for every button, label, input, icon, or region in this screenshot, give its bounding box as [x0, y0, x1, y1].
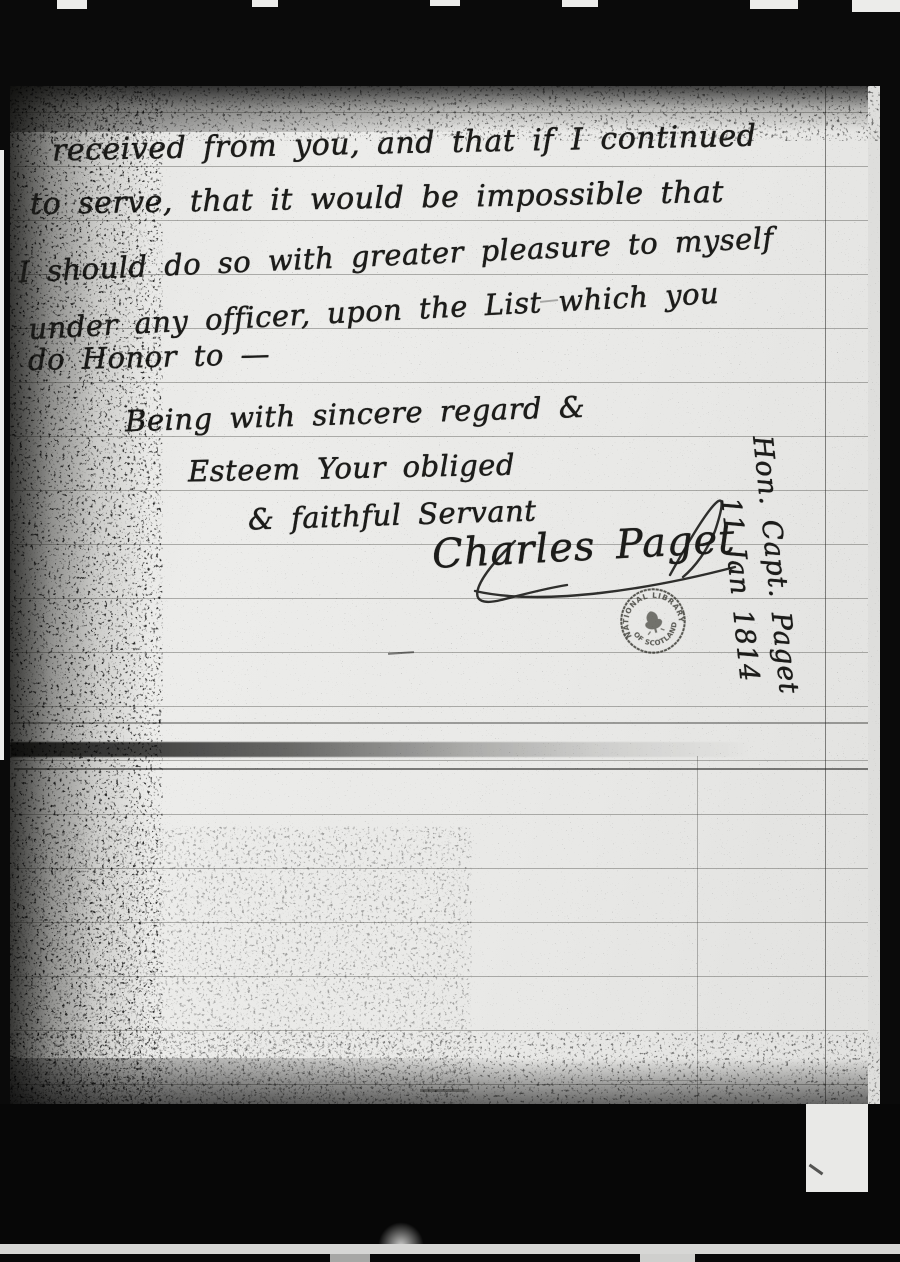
scan-edge-notch: [252, 0, 278, 7]
vertical-crease-line: [697, 756, 698, 1104]
scan-border-top: [0, 0, 900, 86]
scan-border-bottom: [0, 1104, 900, 1244]
scan-bottom-gap: [640, 1254, 695, 1262]
scan-edge-sliver: [0, 150, 4, 760]
thistle-icon: [642, 609, 665, 635]
stray-ink-mark: [600, 1080, 715, 1081]
stray-ink-mark: [420, 1089, 468, 1092]
signature-flourish: [415, 455, 745, 625]
gutter-shadow: [10, 86, 150, 1106]
vertical-margin-line: [825, 88, 826, 1104]
scan-edge-notch: [57, 0, 87, 9]
scan-bottom-black-strip: [0, 1254, 900, 1262]
scan-border-right: [880, 0, 900, 1262]
scan-edge-notch: [430, 0, 460, 6]
underlying-page-corner: [806, 1104, 868, 1192]
scan-edge-notch: [852, 0, 900, 12]
underlying-page-edge: [868, 86, 880, 1106]
scan-edge-notch: [562, 0, 598, 7]
scan-bottom-shadow: [10, 1058, 868, 1106]
scan-bottom-highlight: [378, 1222, 424, 1246]
scan-bottom-gap: [330, 1254, 370, 1262]
scan-edge-notch: [750, 0, 798, 9]
scan-bottom-light-strip: [0, 1244, 900, 1254]
scanned-letter-page: received from you, and that if I continu…: [0, 0, 900, 1262]
handwritten-line: do Honor to —: [28, 337, 271, 377]
